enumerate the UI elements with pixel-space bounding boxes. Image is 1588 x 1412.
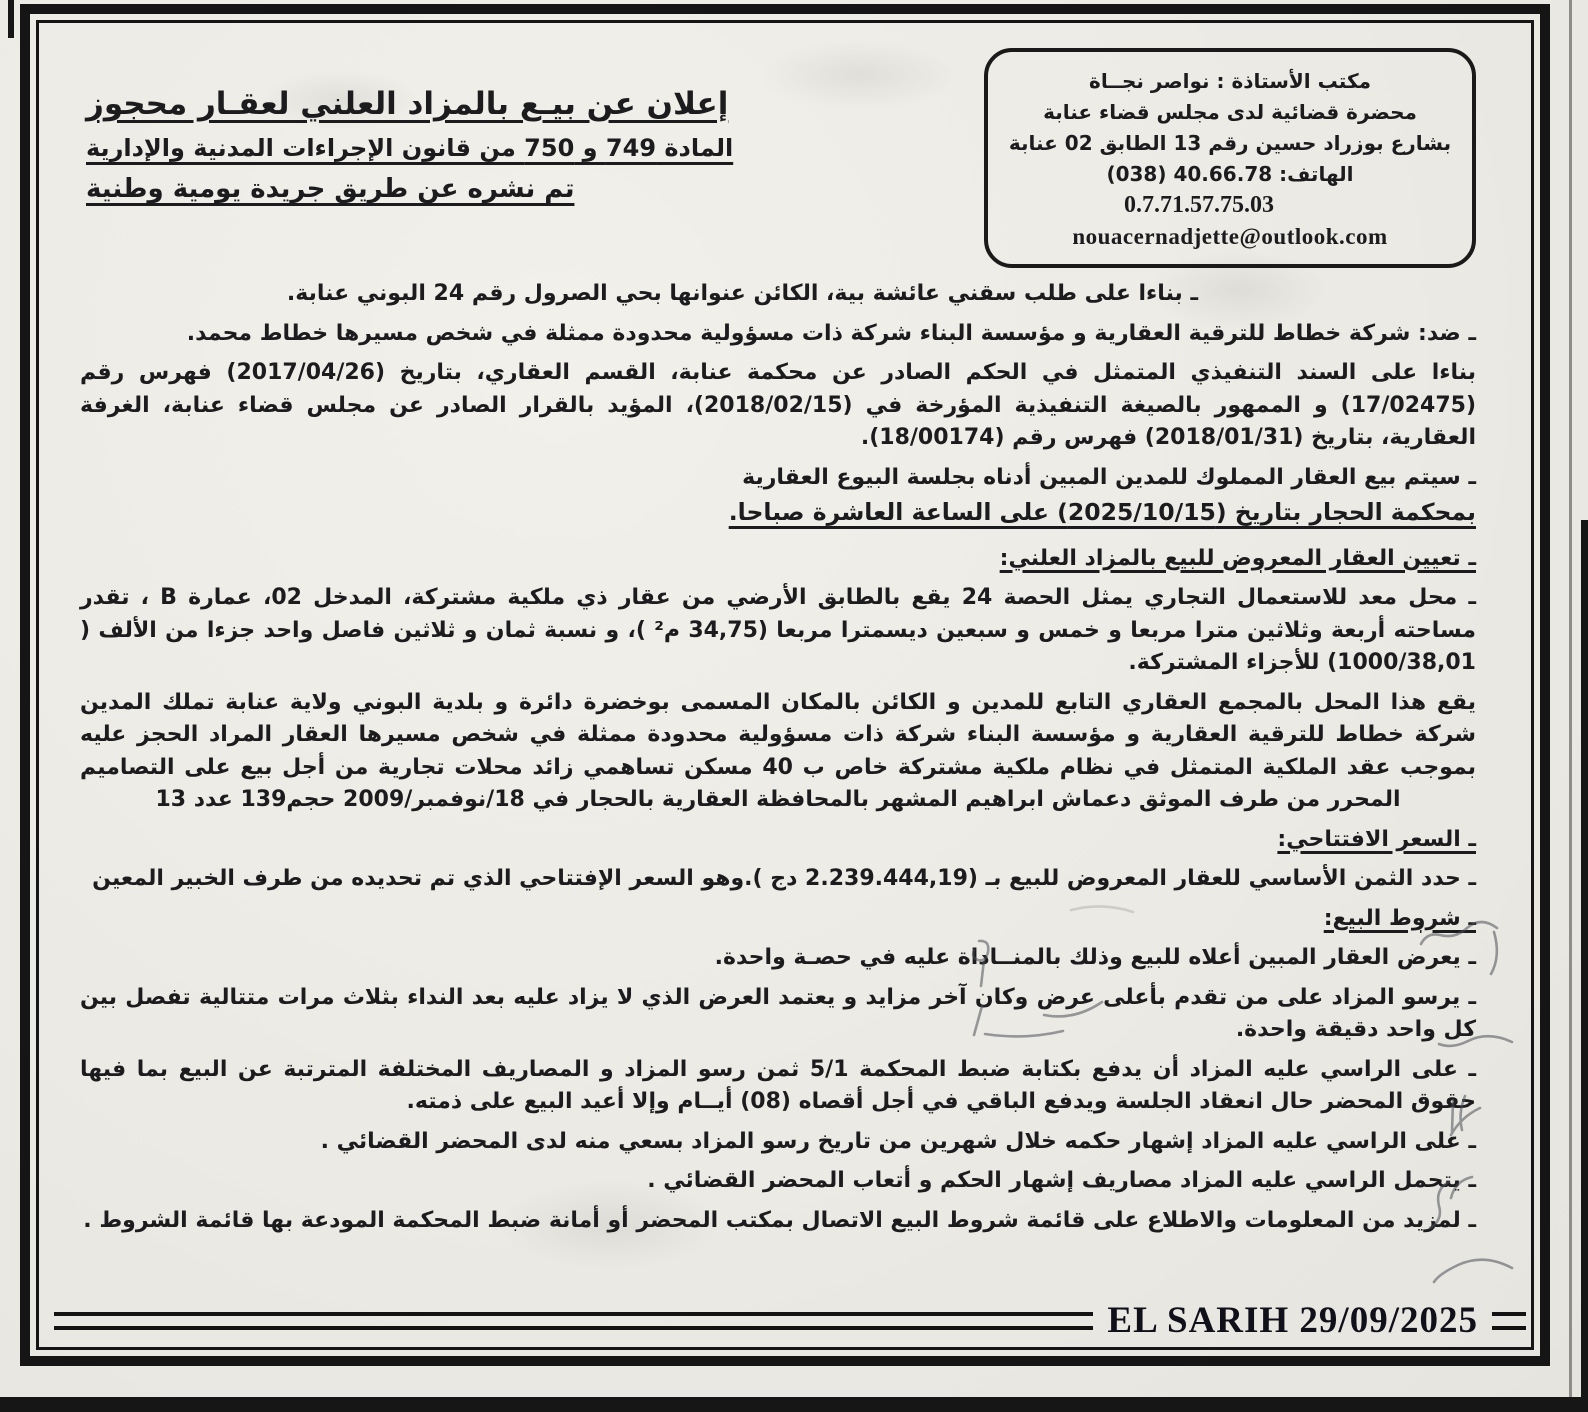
paragraph-court-date: بمحكمة الحجار بتاريخ (2025/10/15) على ال… bbox=[80, 496, 1476, 529]
notice-title: إعلان عن بيـع بالمزاد العلني لعقـار محجو… bbox=[86, 86, 733, 122]
newspaper-footer: EL SARIH 29/09/2025 bbox=[54, 1299, 1526, 1342]
office-name: مكتب الأستاذة : نواصر نجــاة bbox=[1004, 66, 1456, 97]
footer-rule-left bbox=[54, 1312, 1093, 1330]
office-phone: الهاتف: 40.66.78 (038) bbox=[1004, 159, 1456, 190]
office-role: محضرة قضائية لدى مجلس قضاء عنابة bbox=[1004, 97, 1456, 128]
notice-inner-frame: مكتب الأستاذة : نواصر نجــاة محضرة قضائي… bbox=[36, 20, 1534, 1350]
notice-body: ـ بناءا على طلب سقني عائشة بية، الكائن ع… bbox=[80, 278, 1476, 1237]
adjacent-column-rule bbox=[0, 1397, 1588, 1412]
condition-information: ـ لمزيد من المعلومات والاطلاع على قائمة … bbox=[80, 1205, 1476, 1238]
scan-edge-strip bbox=[1581, 520, 1588, 1412]
notice-header: مكتب الأستاذة : نواصر نجــاة محضرة قضائي… bbox=[80, 42, 1476, 268]
notice-content: مكتب الأستاذة : نواصر نجــاة محضرة قضائي… bbox=[42, 26, 1528, 1344]
notice-outer-frame: مكتب الأستاذة : نواصر نجــاة محضرة قضائي… bbox=[20, 4, 1550, 1366]
office-email: nouacernadjette@outlook.com bbox=[1004, 221, 1456, 252]
notice-publication-note: تم نشره عن طريق جريدة يومية وطنية bbox=[86, 174, 733, 204]
newspaper-name-date: EL SARIH 29/09/2025 bbox=[1107, 1299, 1478, 1342]
notice-legal-basis: المادة 749 و 750 من قانون الإجراءات المد… bbox=[86, 134, 733, 162]
scan-corner-artifact bbox=[8, 0, 14, 38]
condition-payment: ـ على الراسي عليه المزاد أن يدفع بكتابة … bbox=[80, 1054, 1476, 1119]
condition-publication: ـ على الراسي عليه المزاد إشهار حكمه خلال… bbox=[80, 1126, 1476, 1159]
paragraph-property-location: يقع هذا المحل بالمجمع العقاري التابع للم… bbox=[80, 687, 1476, 817]
heading-property-designation: ـ تعيين العقار المعروض للبيع بالمزاد الع… bbox=[80, 543, 1476, 576]
scan-edge-line bbox=[1569, 0, 1572, 1412]
condition-award: ـ يرسو المزاد على من تقدم بأعلى عرض وكان… bbox=[80, 982, 1476, 1047]
paragraph-property-description: ـ محل معد للاستعمال التجاري يمثل الحصة 2… bbox=[80, 582, 1476, 680]
office-address: بشارع بوزراد حسين رقم 13 الطابق 02 عنابة bbox=[1004, 128, 1456, 159]
paragraph-defendant: ـ ضد: شركة خطاط للترقية العقارية و مؤسسة… bbox=[80, 318, 1476, 351]
paragraph-sale-announcement: ـ سيتم بيع العقار المملوك للمدين المبين … bbox=[80, 462, 1476, 495]
notice-title-block: إعلان عن بيـع بالمزاد العلني لعقـار محجو… bbox=[80, 86, 733, 204]
office-mobile: 0.7.71.57.75.03 bbox=[1004, 190, 1456, 221]
condition-single-lot: ـ يعرض العقار المبين أعلاه للبيع وذلك با… bbox=[80, 942, 1476, 975]
heading-sale-conditions: ـ شروط البيع: bbox=[80, 903, 1476, 936]
heading-opening-price: ـ السعر الافتتاحي: bbox=[80, 824, 1476, 857]
paragraph-executive-title: بناءا على السند التنفيذي المتمثل في الحك… bbox=[80, 357, 1476, 455]
paragraph-opening-price: ـ حدد الثمن الأساسي للعقار المعروض للبيع… bbox=[80, 863, 1476, 896]
condition-fees: ـ يتحمل الراسي عليه المزاد مصاريف إشهار … bbox=[80, 1165, 1476, 1198]
notary-office-box: مكتب الأستاذة : نواصر نجــاة محضرة قضائي… bbox=[984, 48, 1476, 268]
paragraph-request: ـ بناءا على طلب سقني عائشة بية، الكائن ع… bbox=[80, 278, 1476, 311]
footer-rule-right bbox=[1492, 1312, 1526, 1330]
newspaper-scan: مكتب الأستاذة : نواصر نجــاة محضرة قضائي… bbox=[0, 0, 1588, 1412]
